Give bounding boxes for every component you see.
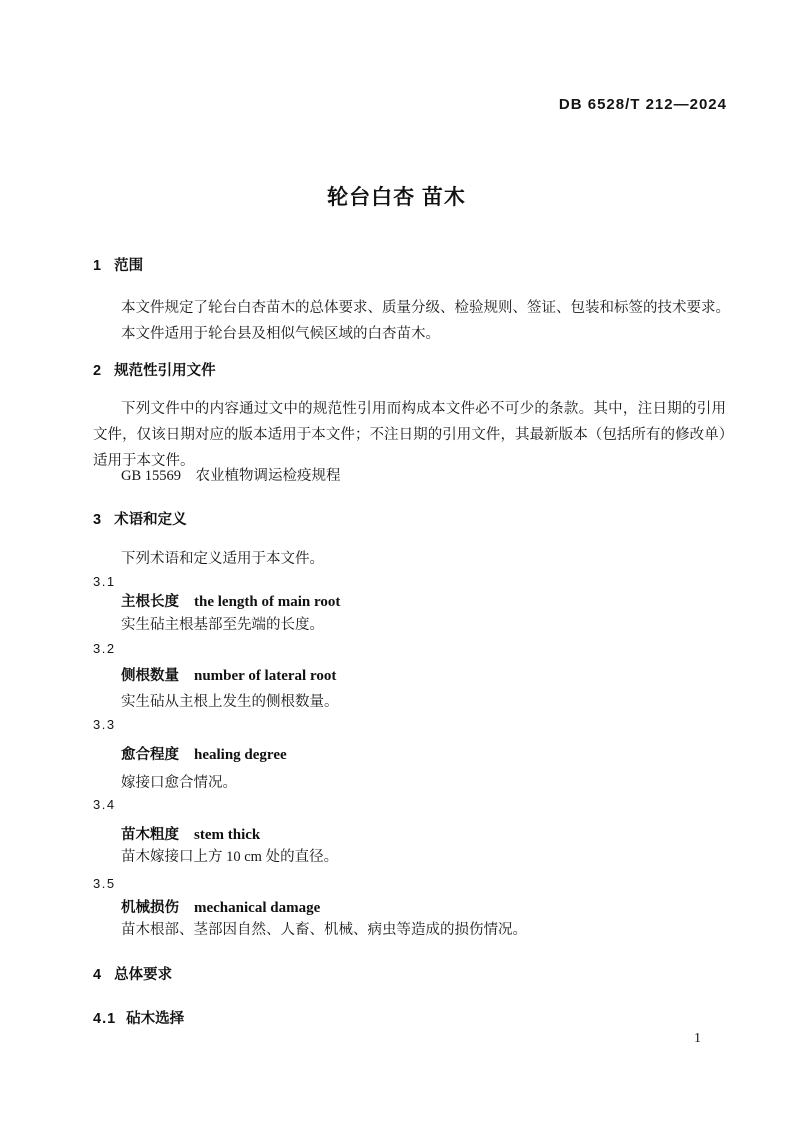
clause-number: 3.4 [93,797,116,812]
section-4-number: 4 [93,967,101,983]
terms-intro: 下列术语和定义适用于本文件。 [121,551,324,567]
term-zh: 苗木粗度 [121,827,179,843]
section-3-number: 3 [93,512,101,528]
term-zh: 主根长度 [121,594,179,610]
section-3-title: 术语和定义 [114,512,187,528]
section-4-title: 总体要求 [114,967,172,983]
clause-number: 3.5 [93,876,116,891]
clause-number: 3.1 [93,574,116,589]
term-definition: 苗木根部、茎部因自然、人畜、机械、病虫等造成的损伤情况。 [121,922,527,938]
page-number: 1 [694,1031,701,1047]
section-1-number: 1 [93,258,101,274]
term-en: mechanical damage [194,900,320,916]
normative-reference: GB 15569 农业植物调运检疫规程 [121,468,341,484]
term-entry: 机械损伤mechanical damage [121,899,320,917]
section-2-number: 2 [93,363,101,379]
term-en: stem thick [194,827,260,843]
term-zh: 愈合程度 [121,747,179,763]
section-2-heading: 2 规范性引用文件 [93,363,216,379]
term-definition: 实生砧主根基部至先端的长度。 [121,617,324,633]
term-definition: 实生砧从主根上发生的侧根数量。 [121,694,339,710]
term-entry: 侧根数量number of lateral root [121,667,336,685]
term-en: the length of main root [194,594,340,610]
section-3-heading: 3 术语和定义 [93,512,187,528]
clause-number: 3.3 [93,717,116,732]
subsection-4-1-title: 砧木选择 [126,1011,184,1027]
section-1-heading: 1 范围 [93,258,143,274]
standard-document-page: DB 6528/T 212—2024 轮台白杏 苗木 1 范围 本文件规定了轮台… [0,0,793,1122]
section-2-title: 规范性引用文件 [114,363,216,379]
page-title: 轮台白杏 苗木 [0,181,793,211]
section-4-heading: 4 总体要求 [93,967,172,983]
term-entry: 主根长度the length of main root [121,593,340,611]
section-2-paragraph: 下列文件中的内容通过文中的规范性引用而构成本文件必不可少的条款。其中，注日期的引… [93,396,726,474]
doc-number: DB 6528/T 212—2024 [559,96,727,113]
term-en: healing degree [194,747,287,763]
term-definition: 嫁接口愈合情况。 [121,775,237,791]
subsection-4-1-heading: 4.1 砧木选择 [93,1011,184,1027]
section-1-title: 范围 [114,258,143,274]
subsection-4-1-number: 4.1 [93,1011,116,1027]
clause-number: 3.2 [93,641,116,656]
term-zh: 侧根数量 [121,668,179,684]
section-1-paragraph: 本文件规定了轮台白杏苗木的总体要求、质量分级、检验规则、签证、包装和标签的技术要… [121,300,730,316]
term-entry: 苗木粗度stem thick [121,826,260,844]
term-definition: 苗木嫁接口上方 10 cm 处的直径。 [121,849,338,865]
term-en: number of lateral root [194,668,336,684]
term-zh: 机械损伤 [121,900,179,916]
term-entry: 愈合程度healing degree [121,746,287,764]
section-1-paragraph: 本文件适用于轮台县及相似气候区域的白杏苗木。 [121,326,440,342]
